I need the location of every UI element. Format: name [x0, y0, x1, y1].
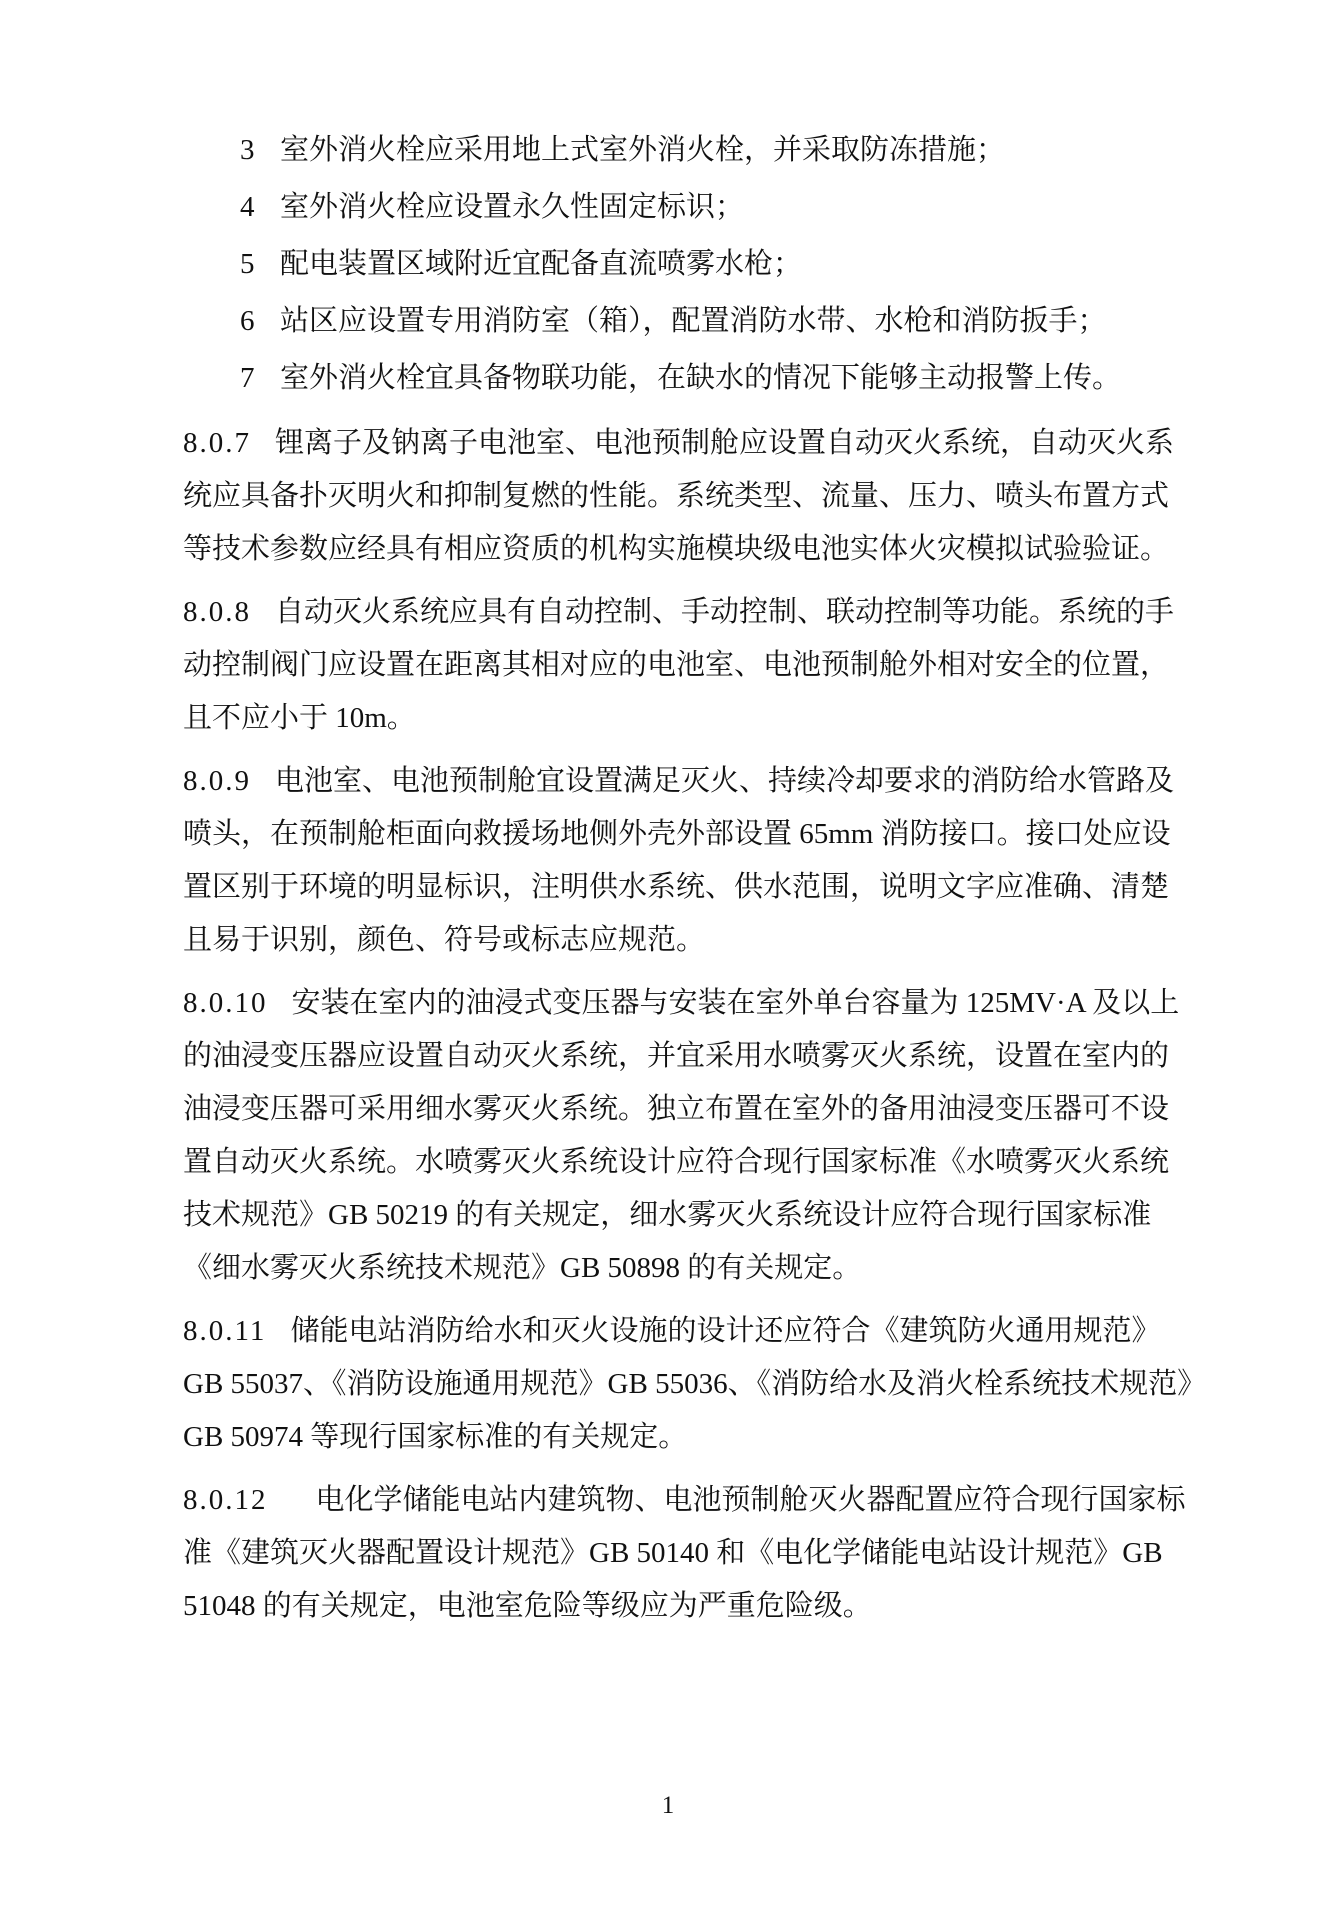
section-paragraph: 8.0.8自动灭火系统应具有自动控制、手动控制、联动控制等功能。系统的手动控制阀…	[183, 586, 1193, 745]
list-item-text: 站区应设置专用消防室（箱），配置消防水带、水枪和消防扳手；	[280, 305, 1107, 337]
section-text: 自动灭火系统应具有自动控制、手动控制、联动控制等功能。系统的手动控制阀门应设置在…	[183, 596, 1174, 734]
section-paragraph: 8.0.7锂离子及钠离子电池室、电池预制舱应设置自动灭火系统，自动灭火系统应具备…	[183, 417, 1193, 576]
section-number: 8.0.10	[183, 977, 268, 1030]
list-item-text: 室外消火栓应采用地上式室外消火栓，并采取防冻措施；	[280, 134, 1005, 166]
list-item: 5配电装置区域附近宜配备直流喷雾水枪；	[183, 236, 1193, 293]
section-number: 8.0.9	[183, 755, 251, 808]
document-body: 3室外消火栓应采用地上式室外消火栓，并采取防冻措施； 4室外消火栓应设置永久性固…	[183, 122, 1193, 1633]
section-number: 8.0.11	[183, 1305, 266, 1358]
section-paragraph: 8.0.11储能电站消防给水和灭火设施的设计还应符合《建筑防火通用规范》GB 5…	[183, 1305, 1193, 1464]
list-item-text: 室外消火栓应设置永久性固定标识；	[280, 191, 744, 223]
document-page: 3室外消火栓应采用地上式室外消火栓，并采取防冻措施； 4室外消火栓应设置永久性固…	[0, 0, 1336, 1916]
section-text: 电化学储能电站内建筑物、电池预制舱灭火器配置应符合现行国家标准《建筑灭火器配置设…	[183, 1484, 1186, 1622]
section-number: 8.0.12	[183, 1474, 268, 1527]
list-item-number: 6	[240, 293, 256, 350]
list-item: 6站区应设置专用消防室（箱），配置消防水带、水枪和消防扳手；	[183, 293, 1193, 350]
section-text: 储能电站消防给水和灭火设施的设计还应符合《建筑防火通用规范》GB 55037、《…	[183, 1315, 1192, 1453]
list-item-number: 5	[240, 236, 256, 293]
list-item-text: 室外消火栓宜具备物联功能，在缺水的情况下能够主动报警上传。	[280, 362, 1121, 394]
list-item-text: 配电装置区域附近宜配备直流喷雾水枪；	[280, 248, 802, 280]
section-text: 电池室、电池预制舱宜设置满足灭火、持续冷却要求的消防给水管路及喷头，在预制舱柜面…	[183, 765, 1174, 956]
list-item: 7室外消火栓宜具备物联功能，在缺水的情况下能够主动报警上传。	[183, 350, 1193, 407]
section-paragraph: 8.0.10安装在室内的油浸式变压器与安装在室外单台容量为 125MV·A 及以…	[183, 977, 1193, 1295]
section-paragraph: 8.0.9电池室、电池预制舱宜设置满足灭火、持续冷却要求的消防给水管路及喷头，在…	[183, 755, 1193, 967]
section-number: 8.0.8	[183, 586, 251, 639]
section-text: 锂离子及钠离子电池室、电池预制舱应设置自动灭火系统，自动灭火系统应具备扑灭明火和…	[183, 427, 1174, 565]
list-item-number: 3	[240, 122, 256, 179]
list-item-number: 7	[240, 350, 256, 407]
page-number: 1	[0, 1792, 1336, 1820]
section-number: 8.0.7	[183, 417, 251, 470]
section-paragraph: 8.0.12电化学储能电站内建筑物、电池预制舱灭火器配置应符合现行国家标准《建筑…	[183, 1474, 1193, 1633]
list-item: 3室外消火栓应采用地上式室外消火栓，并采取防冻措施；	[183, 122, 1193, 179]
list-item-number: 4	[240, 179, 256, 236]
list-item: 4室外消火栓应设置永久性固定标识；	[183, 179, 1193, 236]
section-text: 安装在室内的油浸式变压器与安装在室外单台容量为 125MV·A 及以上的油浸变压…	[183, 987, 1179, 1284]
